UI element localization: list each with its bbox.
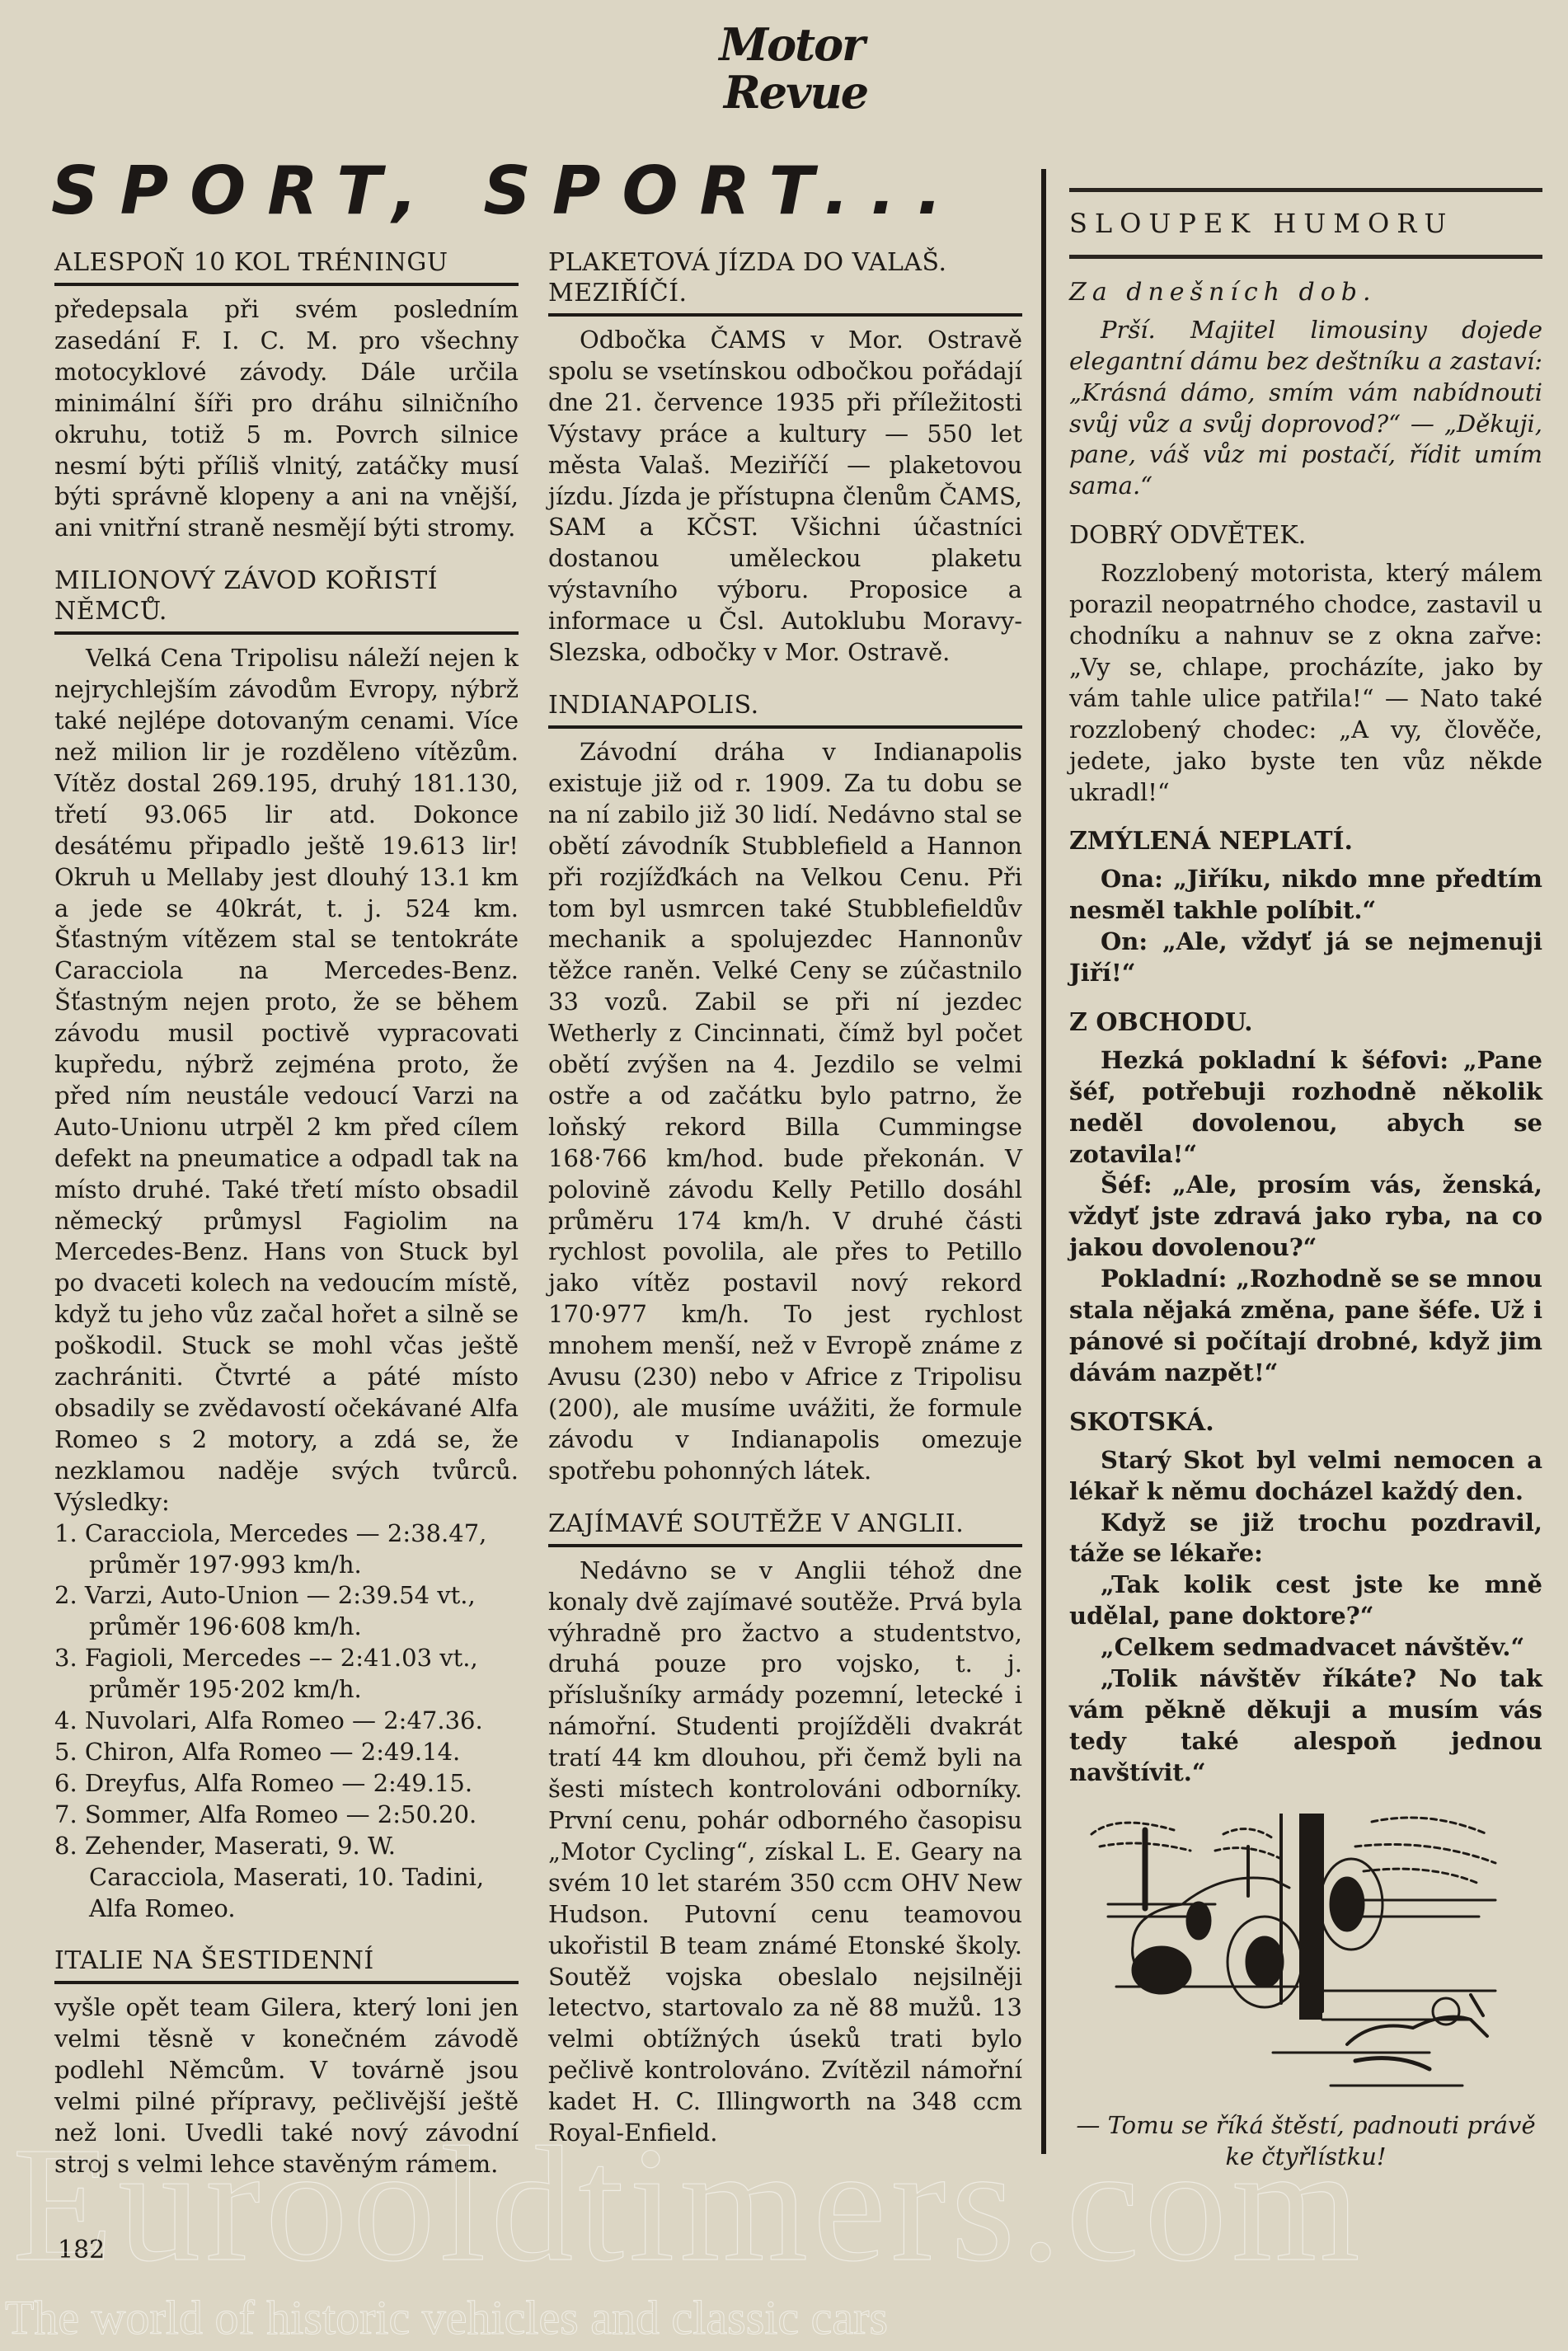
article-body: Velká Cena Tripolisu náleží nejen k nejr… xyxy=(54,643,519,1518)
joke-line: „Tak kolik cest jste ke mně udělal, pane… xyxy=(1069,1570,1542,1632)
joke-shop: Z OBCHODU. Hezká pokladní k šéfovi: „Pan… xyxy=(1069,1007,1542,1389)
joke-line: Starý Skot byl velmi nemocen a lékař k n… xyxy=(1069,1445,1542,1508)
joke-line: Ona: „Jiříku, nikdo mne předtím nesměl t… xyxy=(1069,864,1542,927)
article-england-competitions: ZAJÍMAVÉ SOUTĚŽE V ANGLII. Nedávno se v … xyxy=(548,1509,1022,2149)
joke-line: On: „Ale, vždyť já se nejmenuji Jiří!“ xyxy=(1069,927,1542,989)
article-heading: ZAJÍMAVÉ SOUTĚŽE V ANGLII. xyxy=(548,1509,1022,1547)
joke-body: Prší. Majitel limousiny dojede elegantní… xyxy=(1069,315,1542,502)
article-heading: ITALIE NA ŠESTIDENNÍ xyxy=(54,1945,519,1984)
joke-line: „Tolik návštěv říkáte? No tak vám pěkně … xyxy=(1069,1664,1542,1789)
watermark-tagline: The world of historic vehicles and class… xyxy=(5,2290,888,2345)
result-item: 7. Sommer, Alfa Romeo — 2:50.20. xyxy=(54,1800,519,1831)
column-1: ALESPOŇ 10 KOL TRÉNINGU předepsala při s… xyxy=(54,247,519,2180)
joke-good-reply: DOBRÝ ODVĚTEK. Rozzlobený motorista, kte… xyxy=(1069,520,1542,808)
joke-heading: SKOTSKÁ. xyxy=(1069,1407,1542,1438)
joke-line: Pokladní: „Rozhodně se se mnou stala něj… xyxy=(1069,1264,1542,1389)
result-item: 2. Varzi, Auto-Union — 2:39.54 vt., prům… xyxy=(54,1580,519,1643)
car-crashed-into-tree-illustration xyxy=(1083,1814,1528,2110)
article-heading: MILIONOVÝ ZÁVOD KOŘISTÍ NĚMCŮ. xyxy=(54,565,519,635)
column-2: PLAKETOVÁ JÍZDA DO VALAŠ. MEZIŘÍČÍ. Odbo… xyxy=(548,247,1022,2149)
article-indianapolis: INDIANAPOLIS. Závodní dráha v Indianapol… xyxy=(548,690,1022,1487)
column-divider xyxy=(1041,169,1046,2154)
joke-heading: Za dnešních dob. xyxy=(1069,277,1542,308)
result-item: 6. Dreyfus, Alfa Romeo — 2:49.15. xyxy=(54,1768,519,1800)
result-item: 5. Chiron, Alfa Romeo — 2:49.14. xyxy=(54,1737,519,1768)
article-body: Odbočka ČAMS v Mor. Ostravě spolu se vse… xyxy=(548,325,1022,669)
joke-line: Hezká pokladní k šéfovi: „Pane šéf, potř… xyxy=(1069,1045,1542,1171)
humor-column-title: SLOUPEK HUMORU xyxy=(1069,192,1542,255)
page-title: SPORT, SPORT... xyxy=(51,153,964,229)
divider xyxy=(1069,255,1542,259)
race-results-list: 1. Caracciola, Mercedes — 2:38.47, průmě… xyxy=(54,1518,519,1925)
article-heading: ALESPOŇ 10 KOL TRÉNINGU xyxy=(54,247,519,286)
article-body: předepsala při svém posledním zasedání F… xyxy=(54,294,519,544)
joke-mistake: ZMÝLENÁ NEPLATÍ. Ona: „Jiříku, nikdo mne… xyxy=(1069,826,1542,989)
joke-heading: ZMÝLENÁ NEPLATÍ. xyxy=(1069,826,1542,857)
masthead-line-1: Motor xyxy=(692,21,890,68)
humor-column: SLOUPEK HUMORU Za dnešních dob. Prší. Ma… xyxy=(1069,188,1542,2173)
joke-scottish: SKOTSKÁ. Starý Skot byl velmi nemocen a … xyxy=(1069,1407,1542,1789)
article-heading: PLAKETOVÁ JÍZDA DO VALAŠ. MEZIŘÍČÍ. xyxy=(548,247,1022,317)
joke-heading: Z OBCHODU. xyxy=(1069,1007,1542,1039)
article-training: ALESPOŇ 10 KOL TRÉNINGU předepsala při s… xyxy=(54,247,519,544)
watermark-site: Eurooldtimers.com xyxy=(12,2110,1365,2299)
article-plaque-ride: PLAKETOVÁ JÍZDA DO VALAŠ. MEZIŘÍČÍ. Odbo… xyxy=(548,247,1022,669)
article-heading: INDIANAPOLIS. xyxy=(548,690,1022,729)
article-body: Závodní dráha v Indianapolis existuje ji… xyxy=(548,737,1022,1487)
article-body: Nedávno se v Anglii téhož dne konaly dvě… xyxy=(548,1556,1022,2149)
result-item: 8. Zehender, Maserati, 9. W. Caracciola,… xyxy=(54,1831,519,1925)
masthead-line-2: Revue xyxy=(701,68,890,116)
masthead-logo: Motor Revue xyxy=(692,21,890,116)
result-item: 1. Caracciola, Mercedes — 2:38.47, průmě… xyxy=(54,1518,519,1581)
magazine-page: Motor Revue SPORT, SPORT... ALESPOŇ 10 K… xyxy=(0,0,1568,2351)
result-item: 4. Nuvolari, Alfa Romeo — 2:47.36. xyxy=(54,1706,519,1737)
article-tripoli: MILIONOVÝ ZÁVOD KOŘISTÍ NĚMCŮ. Velká Cen… xyxy=(54,565,519,1924)
joke-line: Šéf: „Ale, prosím vás, ženská, vždyť jst… xyxy=(1069,1170,1542,1264)
joke-heading: DOBRÝ ODVĚTEK. xyxy=(1069,520,1542,551)
result-item: 3. Fagioli, Mercedes –– 2:41.03 vt., prů… xyxy=(54,1643,519,1706)
joke-body: Rozzlobený motorista, který málem porazi… xyxy=(1069,558,1542,808)
joke-line: Když se již trochu pozdravil, táže se lé… xyxy=(1069,1508,1542,1570)
joke-nowadays: Za dnešních dob. Prší. Majitel limousiny… xyxy=(1069,277,1542,502)
joke-line: „Celkem sedmadvacet návštěv.“ xyxy=(1069,1632,1542,1664)
